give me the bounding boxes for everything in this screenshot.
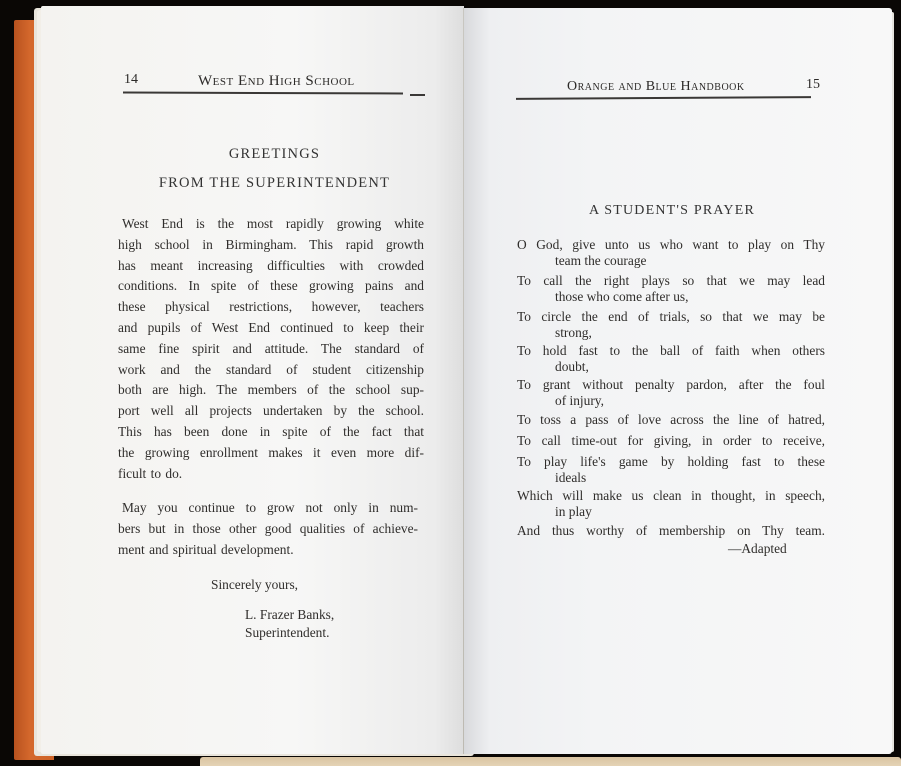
text-line: both are high. The members of the school…	[118, 380, 424, 401]
prayer-verse: To toss a pass of love across the line o…	[517, 412, 825, 428]
text-line: This has been done in spite of the fact …	[118, 422, 424, 443]
text-line: high school in Birmingham. This rapid gr…	[118, 235, 424, 256]
prayer-verse: To call the right plays so that we may l…	[517, 273, 825, 305]
greetings-subtitle: FROM THE SUPERINTENDENT	[112, 175, 437, 192]
verse-continuation: team the courage	[517, 253, 825, 269]
prayer-verse: To play life's game by holding fast to t…	[517, 454, 825, 486]
verse-line: To grant without penalty pardon, after t…	[517, 377, 825, 393]
text-line: bers but in those other good qualities o…	[118, 519, 418, 540]
verse-line: To circle the end of trials, so that we …	[517, 309, 825, 325]
text-line: and pupils of West End continued to keep…	[118, 318, 424, 339]
verse-line: And thus worthy of membership on Thy tea…	[517, 523, 825, 539]
text-line: ment and spiritual development.	[118, 540, 418, 561]
greetings-paragraph-1: West End is the most rapidly growing whi…	[118, 214, 424, 484]
verse-continuation: strong,	[517, 325, 825, 341]
text-line: has meant increasing difficulties with c…	[118, 256, 424, 277]
prayer-verse: To call time-out for giving, in order to…	[517, 433, 825, 449]
prayer-verse: To grant without penalty pardon, after t…	[517, 377, 825, 409]
verse-line: O God, give unto us who want to play on …	[517, 237, 825, 253]
verse-line: To toss a pass of love across the line o…	[517, 412, 825, 428]
verse-continuation: those who come after us,	[517, 289, 825, 305]
verse-continuation: of injury,	[517, 393, 825, 409]
left-running-head: West End High School	[198, 73, 355, 90]
text-line: conditions. In spite of these growing pa…	[118, 276, 424, 297]
text-line: these physical restrictions, however, te…	[118, 297, 424, 318]
prayer-verse: O God, give unto us who want to play on …	[517, 237, 825, 269]
prayer-verse: Which will make us clean in thought, in …	[517, 488, 825, 520]
text-line: work and the standard of student citizen…	[118, 360, 424, 381]
signature-title: Superintendent.	[245, 625, 329, 641]
verse-continuation: doubt,	[517, 359, 825, 375]
surface-strip	[200, 757, 901, 766]
text-line: same fine spirit and attitude. The stand…	[118, 339, 424, 360]
greetings-title: GREETINGS	[112, 146, 437, 163]
greetings-paragraph-2: May you continue to grow not only in num…	[118, 498, 418, 560]
text-line: West End is the most rapidly growing whi…	[118, 214, 424, 235]
prayer-verse: To circle the end of trials, so that we …	[517, 309, 825, 341]
verse-line: Which will make us clean in thought, in …	[517, 488, 825, 504]
text-line: ficult to do.	[118, 464, 424, 485]
verse-continuation: ideals	[517, 470, 825, 486]
verse-line: To hold fast to the ball of faith when o…	[517, 343, 825, 359]
signature-name: L. Frazer Banks,	[245, 607, 334, 623]
left-page-number: 14	[124, 72, 138, 88]
verse-continuation: in play	[517, 504, 825, 520]
text-line: the growing enrollment makes it even mor…	[118, 443, 424, 464]
prayer-attribution: —Adapted	[728, 541, 787, 557]
text-line: port well all projects undertaken by the…	[118, 401, 424, 422]
left-head-rule-tail	[410, 94, 425, 96]
verse-line: To call the right plays so that we may l…	[517, 273, 825, 289]
verse-line: To play life's game by holding fast to t…	[517, 454, 825, 470]
right-page-number: 15	[806, 77, 820, 93]
prayer-verse: And thus worthy of membership on Thy tea…	[517, 523, 825, 539]
closing-salutation: Sincerely yours,	[211, 577, 298, 593]
prayer-title: A STUDENT'S PRAYER	[507, 203, 837, 219]
prayer-verse: To hold fast to the ball of faith when o…	[517, 343, 825, 375]
text-line: May you continue to grow not only in num…	[118, 498, 418, 519]
right-running-head: Orange and Blue Handbook	[567, 79, 745, 95]
verse-line: To call time-out for giving, in order to…	[517, 433, 825, 449]
